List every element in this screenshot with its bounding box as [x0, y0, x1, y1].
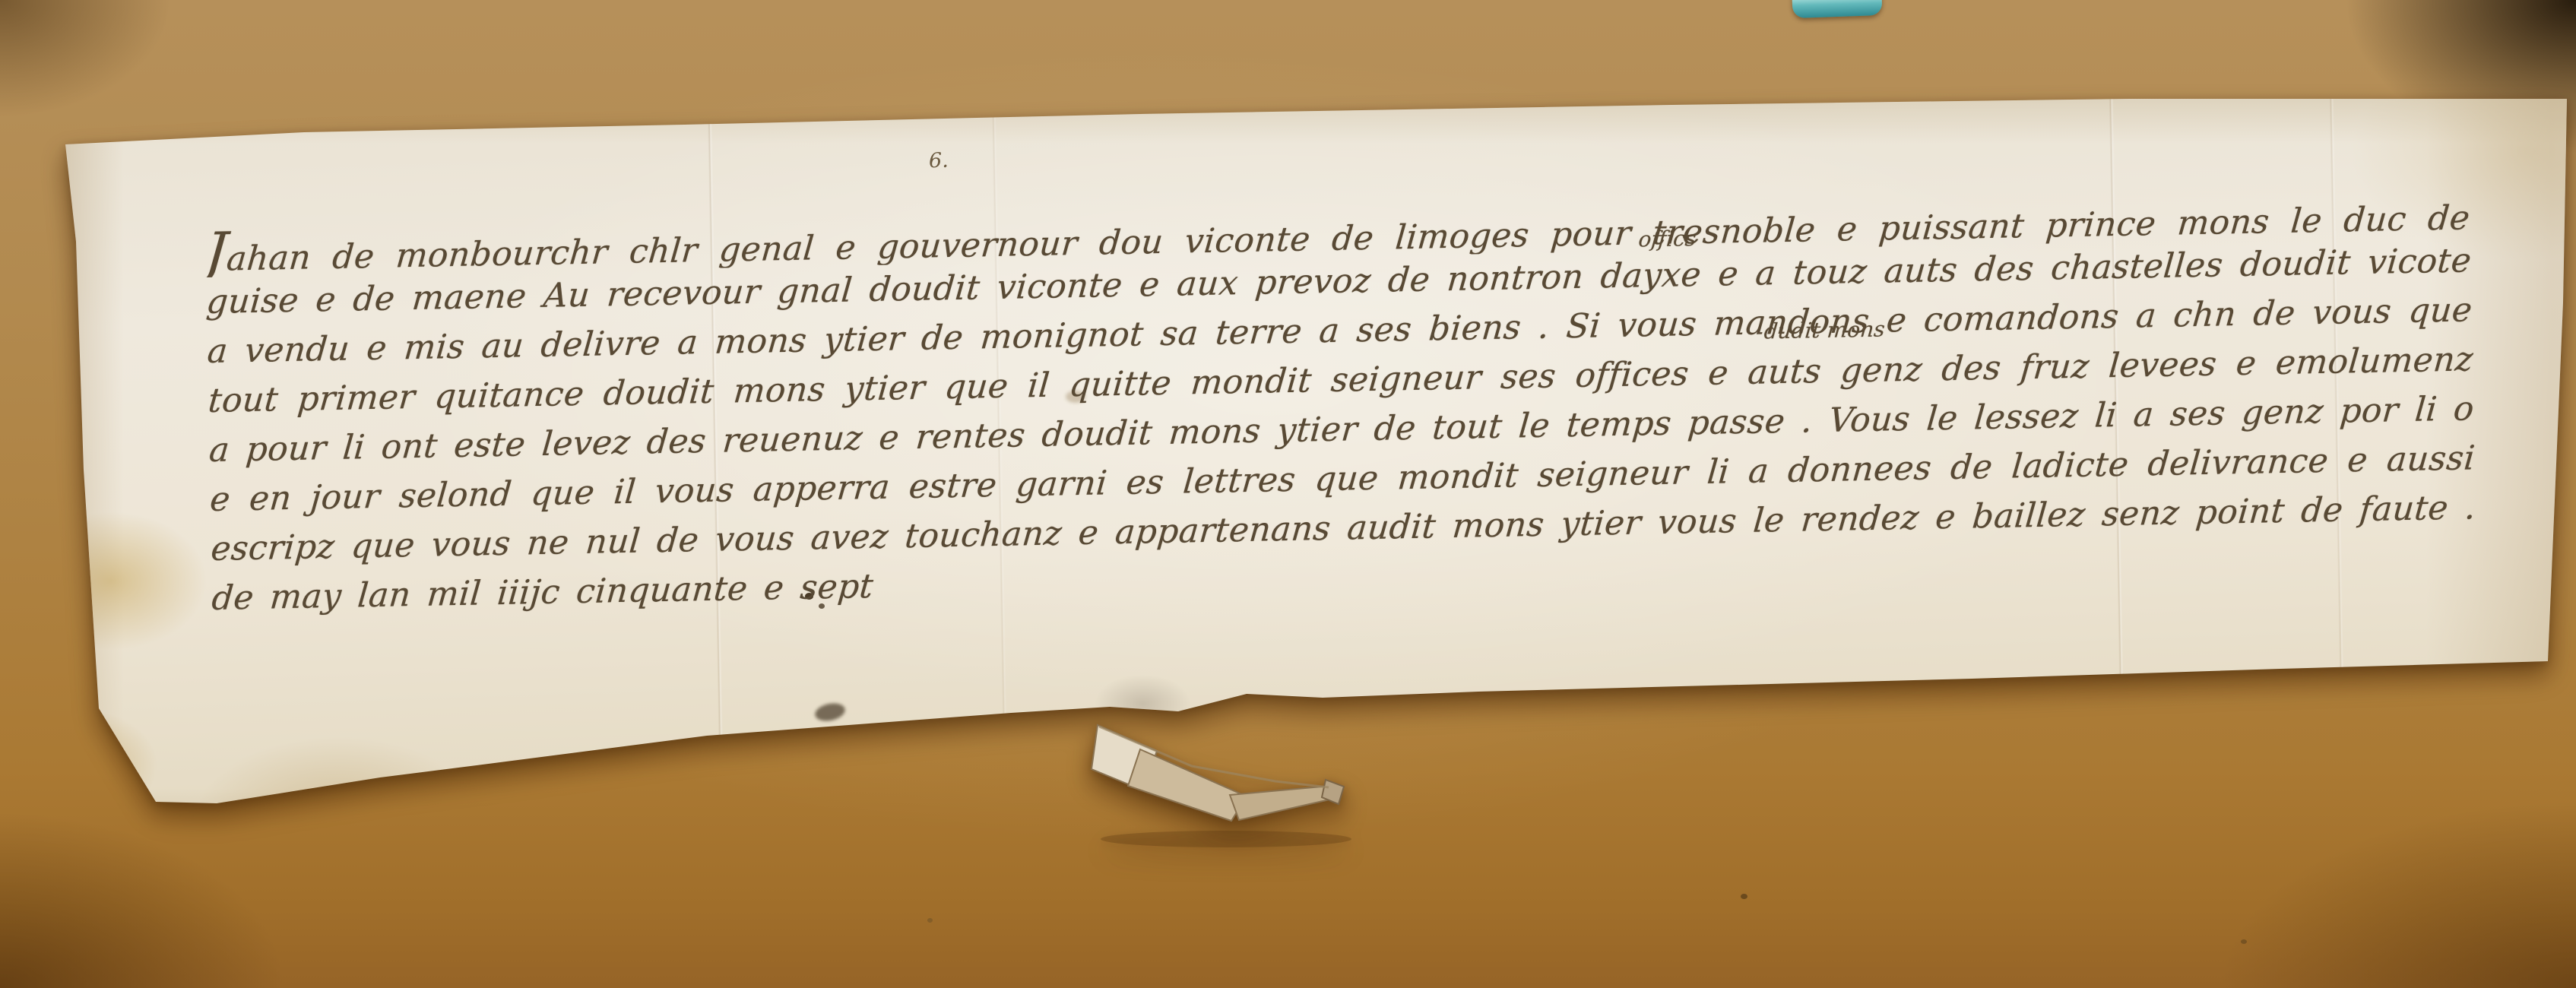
seal-tag: [1002, 696, 1359, 856]
parchment-charter: 6. Jahan de monbourchr chlr genal e gouv…: [61, 90, 2576, 857]
table-speck: [927, 918, 933, 923]
folio-mark: 6.: [929, 149, 949, 173]
photo-of-parchment-charter: 6. Jahan de monbourchr chlr genal e gouv…: [0, 0, 2576, 988]
interlinear-insertion: dudit mons: [1763, 319, 1886, 343]
seal-tag-shadow: [1101, 831, 1351, 847]
teal-object-top-edge: [1792, 0, 1883, 18]
table-speck: [1741, 894, 1747, 899]
manuscript-text-block: Jahan de monbourchr chlr genal e gouvern…: [205, 186, 2477, 623]
table-speck: [2241, 939, 2247, 944]
interlinear-insertion: offics: [1637, 228, 1697, 250]
